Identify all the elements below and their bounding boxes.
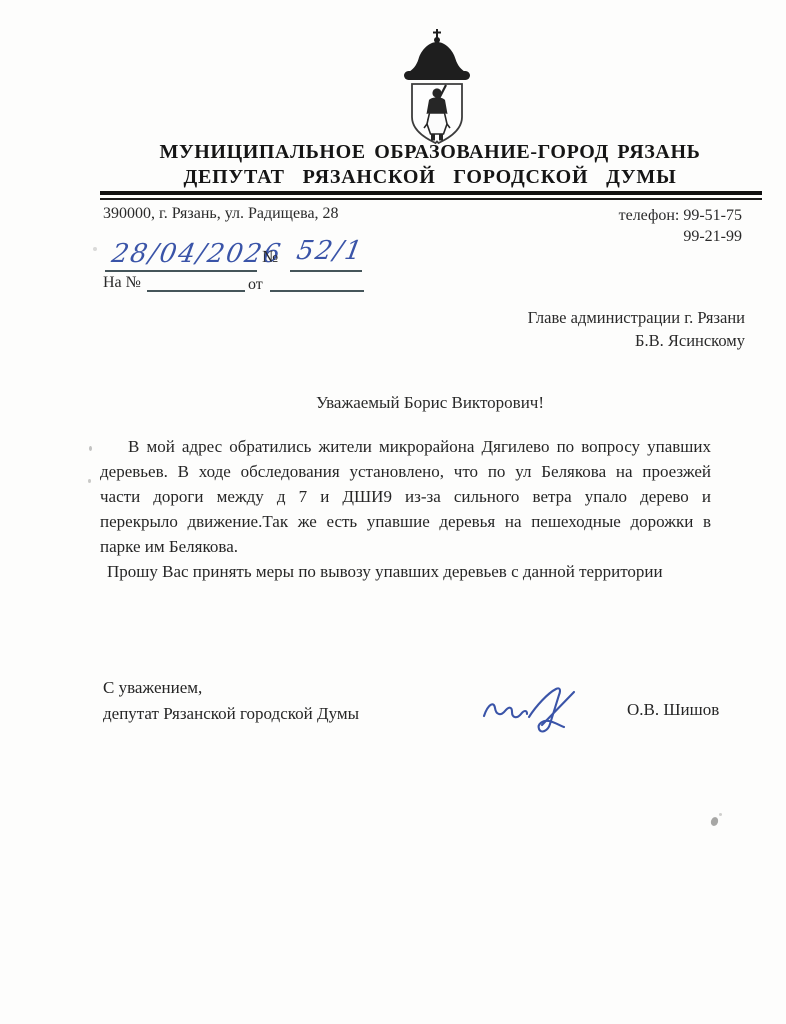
letter-body: В мой адрес обратились жители микрорайон… [100, 434, 711, 584]
phone-line1: телефон: 99-51-75 [619, 205, 742, 226]
handwritten-date: 28/04/2026 [109, 239, 284, 269]
body-line: части дороги между д 7 и ДШИ9 из-за силь… [100, 484, 711, 509]
letterhead-title: МУНИЦИПАЛЬНОЕ ОБРАЗОВАНИЕ-ГОРОД РЯЗАНЬ Д… [75, 141, 785, 189]
body-line: перекрыло движение.Так же есть упавшие д… [100, 509, 711, 534]
handwritten-outgoing-number: 52/1 [294, 236, 366, 266]
recipient-line1: Главе администрации г. Рязани [528, 306, 745, 329]
body-line: деревьев. В ходе обследования установлен… [100, 459, 711, 484]
incoming-number-blank-line [147, 290, 245, 292]
scan-speck [89, 446, 92, 451]
closing-line1: С уважением, [103, 675, 359, 701]
closing-block: С уважением, депутат Рязанской городской… [103, 675, 359, 727]
recipient-line2: Б.В. Ясинскому [528, 329, 745, 352]
phone-line2: 99-21-99 [619, 226, 742, 247]
org-name-line1: МУНИЦИПАЛЬНОЕ ОБРАЗОВАНИЕ-ГОРОД РЯЗАНЬ [75, 141, 785, 164]
number-sign-label: № [262, 247, 278, 267]
letterhead-divider-rule [100, 191, 762, 200]
incoming-date-label: от [248, 276, 263, 294]
scan-speck [719, 813, 722, 816]
incoming-date-blank-line [270, 290, 364, 292]
scan-speck [710, 816, 720, 827]
handwritten-signature-icon [476, 680, 596, 742]
scan-speck [93, 247, 97, 251]
scan-speck [88, 479, 91, 483]
scanned-letter-page: МУНИЦИПАЛЬНОЕ ОБРАЗОВАНИЕ-ГОРОД РЯЗАНЬ Д… [0, 0, 786, 1024]
incoming-number-label: На № [103, 274, 141, 292]
salutation: Уважаемый Борис Викторович! [100, 393, 760, 413]
recipient-block: Главе администрации г. Рязани Б.В. Ясинс… [528, 306, 745, 352]
date-blank-line [105, 270, 257, 272]
org-name-line2: ДЕПУТАТ РЯЗАНСКОЙ ГОРОДСКОЙ ДУМЫ [75, 166, 785, 189]
closing-line2: депутат Рязанской городской Думы [103, 701, 359, 727]
body-line: В мой адрес обратились жители микрорайон… [100, 434, 711, 459]
number-blank-line [290, 270, 362, 272]
ryazan-coat-of-arms-icon [391, 27, 483, 145]
signer-name: О.В. Шишов [627, 700, 719, 720]
org-address: 390000, г. Рязань, ул. Радищева, 28 [103, 205, 339, 223]
org-phones: телефон: 99-51-75 99-21-99 [619, 205, 742, 247]
body-request-line: Прошу Вас принять меры по вывозу упавших… [100, 559, 711, 584]
body-line: парке им Белякова. [100, 534, 711, 559]
